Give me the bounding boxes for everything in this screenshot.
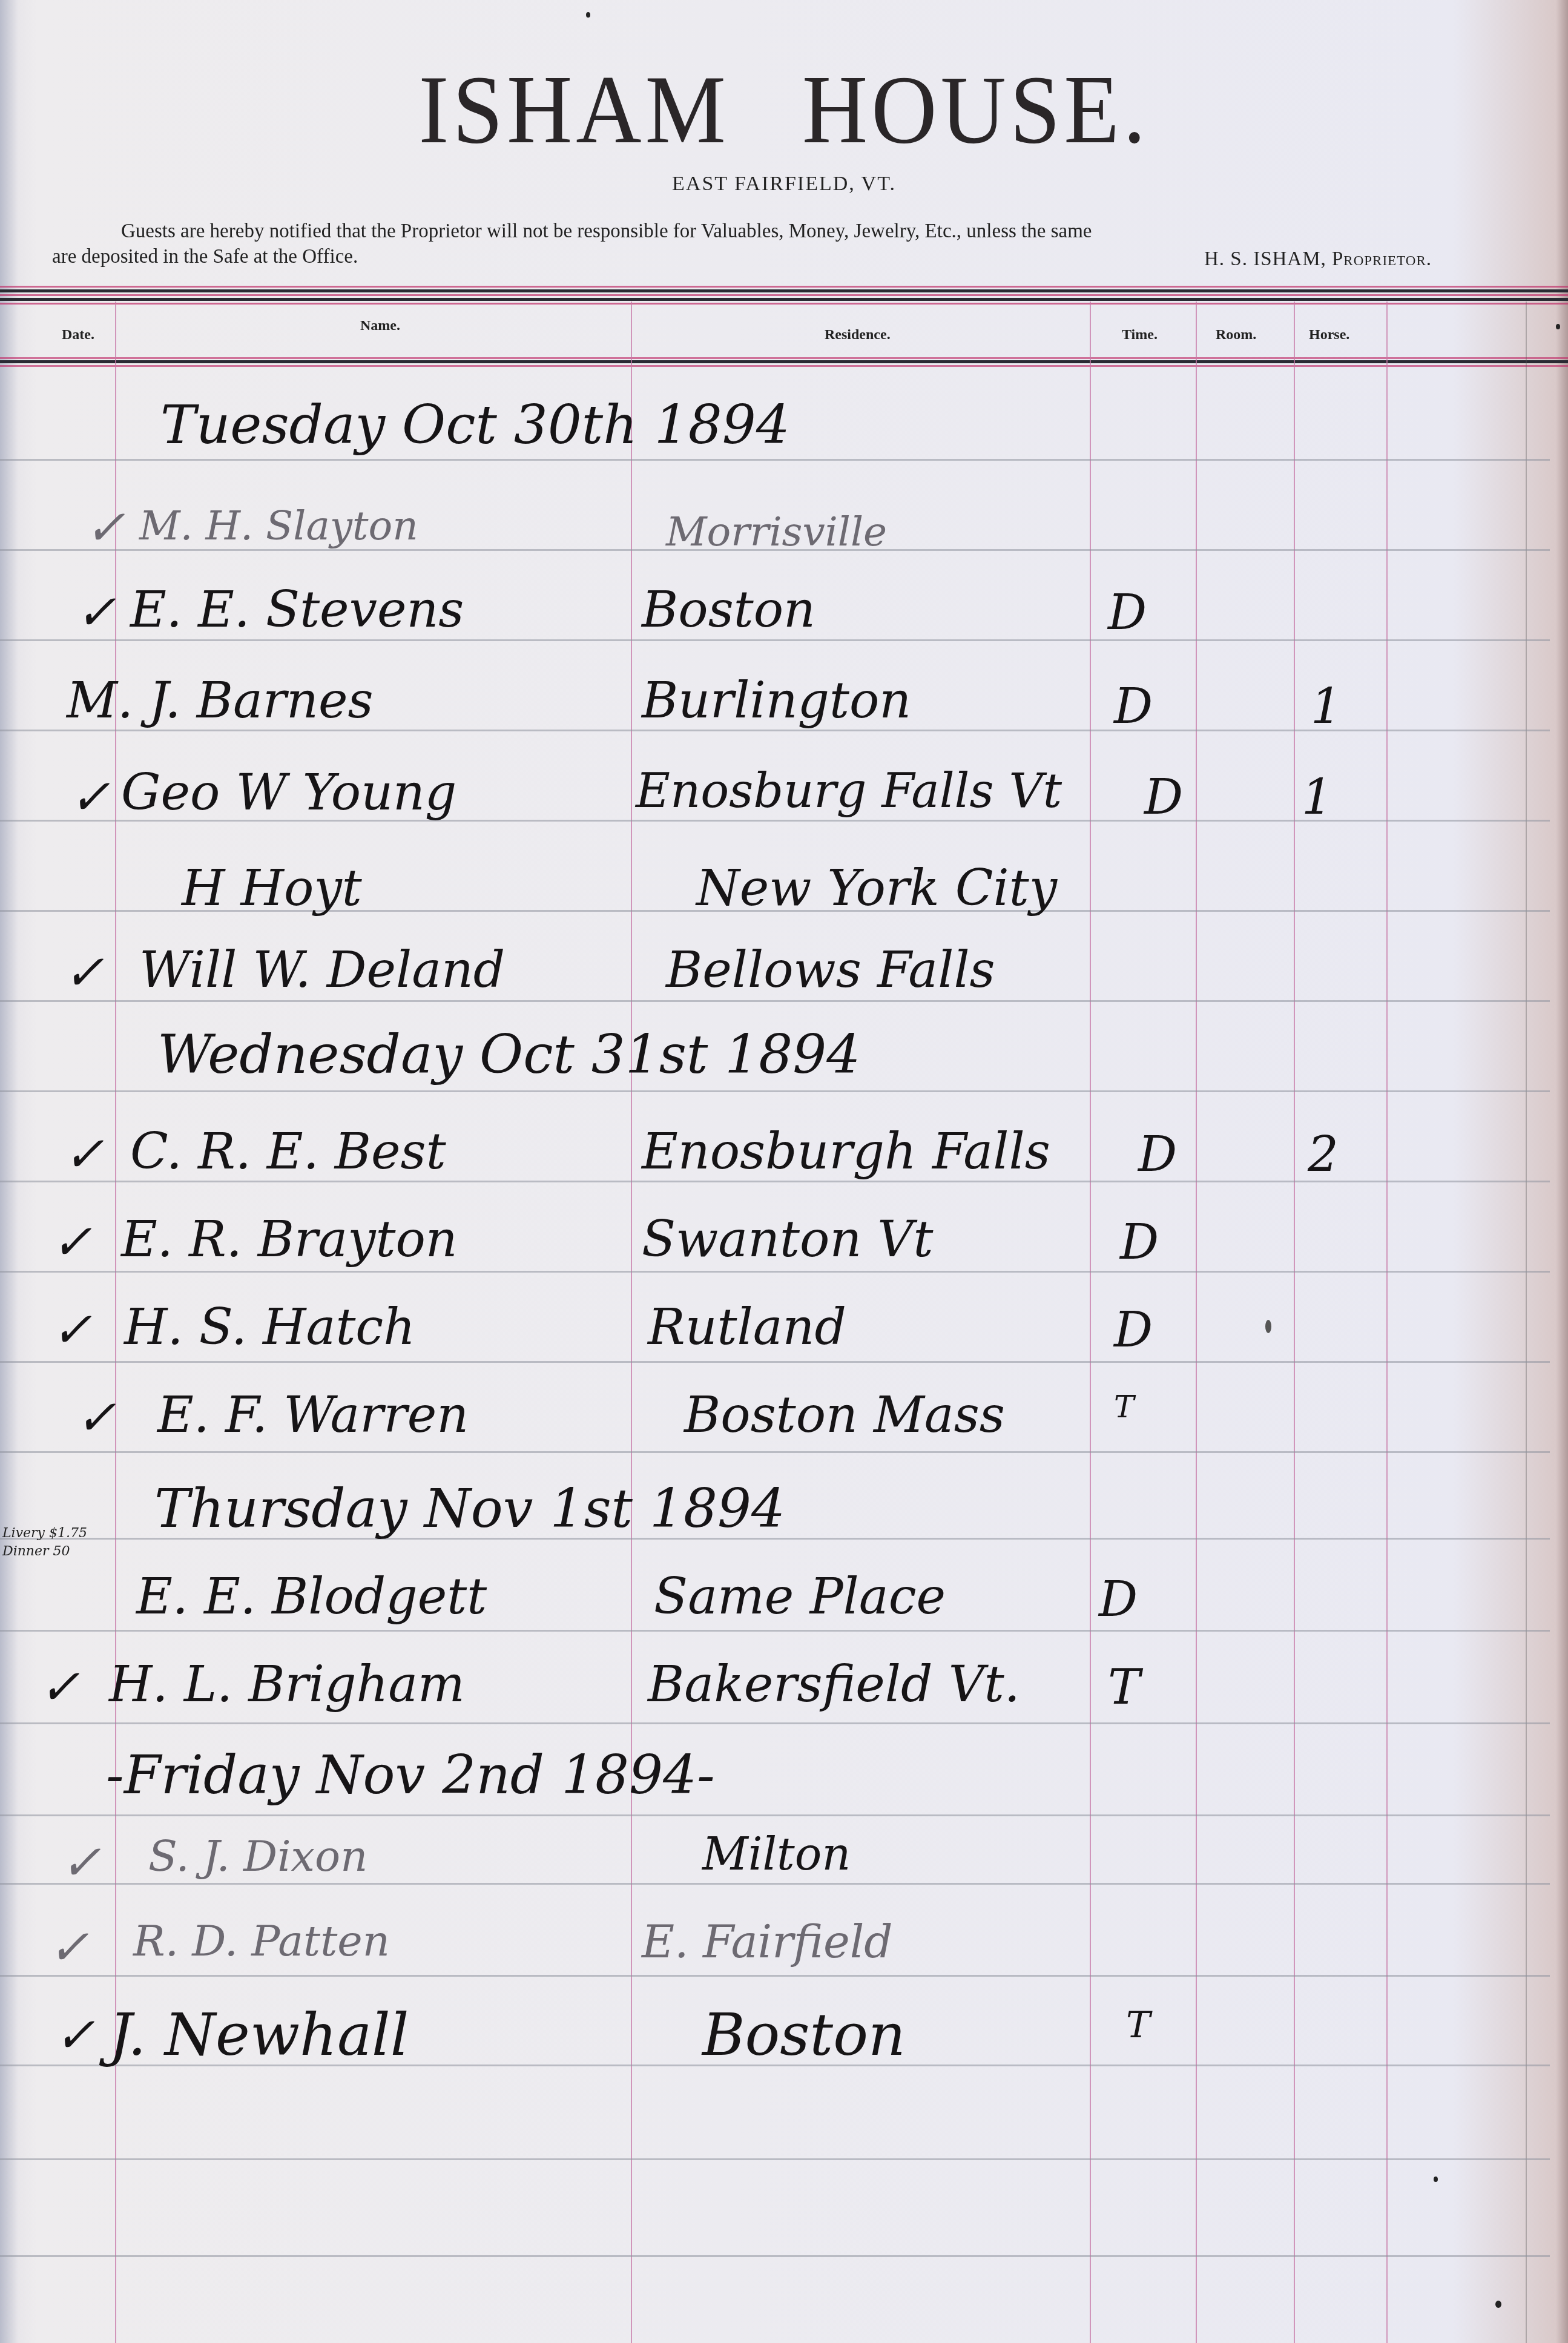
check-mark: ✓: [76, 584, 116, 641]
guest-residence: Boston Mass: [684, 1386, 1005, 1444]
guest-name: H Hoyt: [182, 860, 362, 917]
check-mark: ✓: [54, 2007, 95, 2063]
margin-note: Livery $1.75 Dinner 50: [2, 1524, 87, 1561]
guest-name: H. L. Brigham: [109, 1656, 465, 1713]
guest-residence: New York City: [696, 860, 1057, 917]
guest-time: D: [1099, 1571, 1138, 1627]
ruled-line: [0, 1451, 1550, 1453]
guest-horse: 1: [1311, 678, 1342, 734]
register-page: ISHAMHOUSE. EAST FAIRFIELD, VT. Guests a…: [0, 0, 1568, 2343]
guest-time: D: [1138, 1126, 1177, 1182]
proprietor-title: Proprietor.: [1332, 248, 1432, 270]
guest-time: T: [1114, 1389, 1134, 1425]
check-mark: ✓: [76, 1389, 116, 1446]
check-mark: ✓: [64, 1126, 104, 1182]
check-mark: ✓: [61, 1834, 101, 1891]
ruled-line: [0, 1000, 1550, 1002]
guest-time: D: [1114, 1302, 1153, 1358]
check-mark: ✓: [48, 1919, 89, 1976]
check-mark: ✓: [70, 769, 110, 825]
column-rule-room: [1294, 302, 1295, 2343]
ruled-line: [0, 1883, 1550, 1885]
ruled-line: [0, 1090, 1550, 1092]
guest-time: D: [1114, 678, 1153, 734]
title-house: HOUSE.: [802, 55, 1150, 163]
column-header-residence: Residence.: [825, 327, 891, 343]
column-rule-residence: [1090, 302, 1091, 2343]
guest-name: E. R. Brayton: [121, 1211, 458, 1268]
guest-name: H. S. Hatch: [124, 1299, 415, 1356]
location: EAST FAIRFIELD, VT.: [0, 173, 1568, 196]
guest-time: D: [1120, 1214, 1159, 1270]
guest-time: T: [1126, 2004, 1150, 2046]
margin-note-livery: Livery $1.75: [2, 1524, 87, 1543]
paper-speck: [1556, 324, 1560, 329]
check-mark: ✓: [39, 1659, 80, 1715]
guest-residence: Boston: [642, 581, 815, 639]
ruled-line: [0, 2255, 1550, 2257]
column-header-time: Time.: [1122, 327, 1158, 343]
column-rule-name: [631, 302, 632, 2343]
column-header-date: Date.: [62, 327, 94, 343]
header-rule-bottom: [0, 356, 1568, 369]
guest-residence: Same Place: [654, 1568, 946, 1626]
check-mark: ✓: [64, 944, 104, 1001]
column-header-room: Room.: [1216, 327, 1256, 343]
ruled-line: [0, 1271, 1550, 1273]
ruled-line: [0, 1814, 1550, 1816]
day-heading: Tuesday Oct 30th 1894: [160, 394, 790, 456]
guest-name: Will W. Deland: [139, 941, 505, 999]
proprietor-name: H. S. ISHAM,: [1204, 248, 1326, 270]
guest-residence: E. Fairfield: [642, 1916, 893, 1968]
day-heading: -Friday Nov 2nd 1894-: [106, 1744, 715, 1806]
proprietor-signature: H. S. ISHAM, Proprietor.: [1204, 248, 1432, 271]
check-mark: ✓: [51, 1302, 92, 1358]
check-mark: ✓: [51, 1214, 92, 1270]
guest-residence: Enosburg Falls Vt: [636, 764, 1062, 819]
guest-residence: Bakersfield Vt.: [648, 1656, 1020, 1713]
day-heading: Thursday Nov 1st 1894: [154, 1477, 785, 1540]
ink-blot: [1265, 1320, 1271, 1333]
guest-residence: Milton: [702, 1828, 851, 1880]
guest-residence: Rutland: [648, 1299, 846, 1356]
guest-name: S. J. Dixon: [148, 1831, 367, 1881]
guest-residence: Enosburgh Falls: [642, 1123, 1050, 1181]
day-heading: Wednesday Oct 31st 1894: [157, 1023, 860, 1086]
title-isham: ISHAM: [419, 55, 730, 163]
margin-note-dinner: Dinner 50: [2, 1543, 87, 1561]
guest-name: E. F. Warren: [157, 1386, 469, 1444]
column-header-horse: Horse.: [1309, 327, 1349, 343]
guest-residence: Burlington: [642, 672, 911, 730]
column-rule-horse: [1386, 302, 1388, 2343]
guest-residence: Boston: [702, 2001, 906, 2069]
notice-line-1: Guests are hereby notified that the Prop…: [54, 218, 1507, 245]
guest-residence: Swanton Vt: [642, 1211, 933, 1268]
page-edge-rule: [1526, 302, 1527, 2343]
paper-speck: [586, 12, 590, 18]
ruled-line: [0, 459, 1550, 461]
ruled-line: [0, 639, 1550, 641]
guest-name: M. J. Barnes: [67, 672, 374, 730]
guest-name: C. R. E. Best: [130, 1123, 446, 1181]
paper-speck: [1495, 2301, 1501, 2308]
guest-name: M. H. Slayton: [139, 503, 418, 549]
guest-time: D: [1108, 584, 1147, 641]
guest-name: E. E. Blodgett: [136, 1568, 487, 1626]
guest-name: Geo W Young: [121, 764, 456, 822]
guest-name: R. D. Patten: [133, 1916, 390, 1966]
check-mark: ✓: [85, 499, 125, 556]
ruled-line: [0, 1722, 1550, 1724]
guest-residence: Morrisville: [666, 509, 887, 555]
guest-residence: Bellows Falls: [666, 941, 995, 999]
ruled-line: [0, 1975, 1550, 1977]
column-header-name: Name.: [360, 318, 400, 334]
guest-name: E. E. Stevens: [130, 581, 464, 639]
guest-name: J. Newhall: [109, 2001, 409, 2069]
paper-speck: [1434, 2177, 1438, 2182]
ruled-line: [0, 1361, 1550, 1363]
ruled-line: [0, 1630, 1550, 1632]
header-rule-top: [0, 285, 1568, 309]
guest-time: D: [1144, 769, 1183, 825]
column-rule-time: [1196, 302, 1197, 2343]
ruled-line: [0, 2158, 1550, 2160]
guest-time: T: [1108, 1659, 1140, 1715]
guest-horse: 2: [1308, 1126, 1339, 1182]
guest-horse: 1: [1302, 769, 1332, 825]
hotel-title: ISHAMHOUSE.: [0, 53, 1568, 166]
